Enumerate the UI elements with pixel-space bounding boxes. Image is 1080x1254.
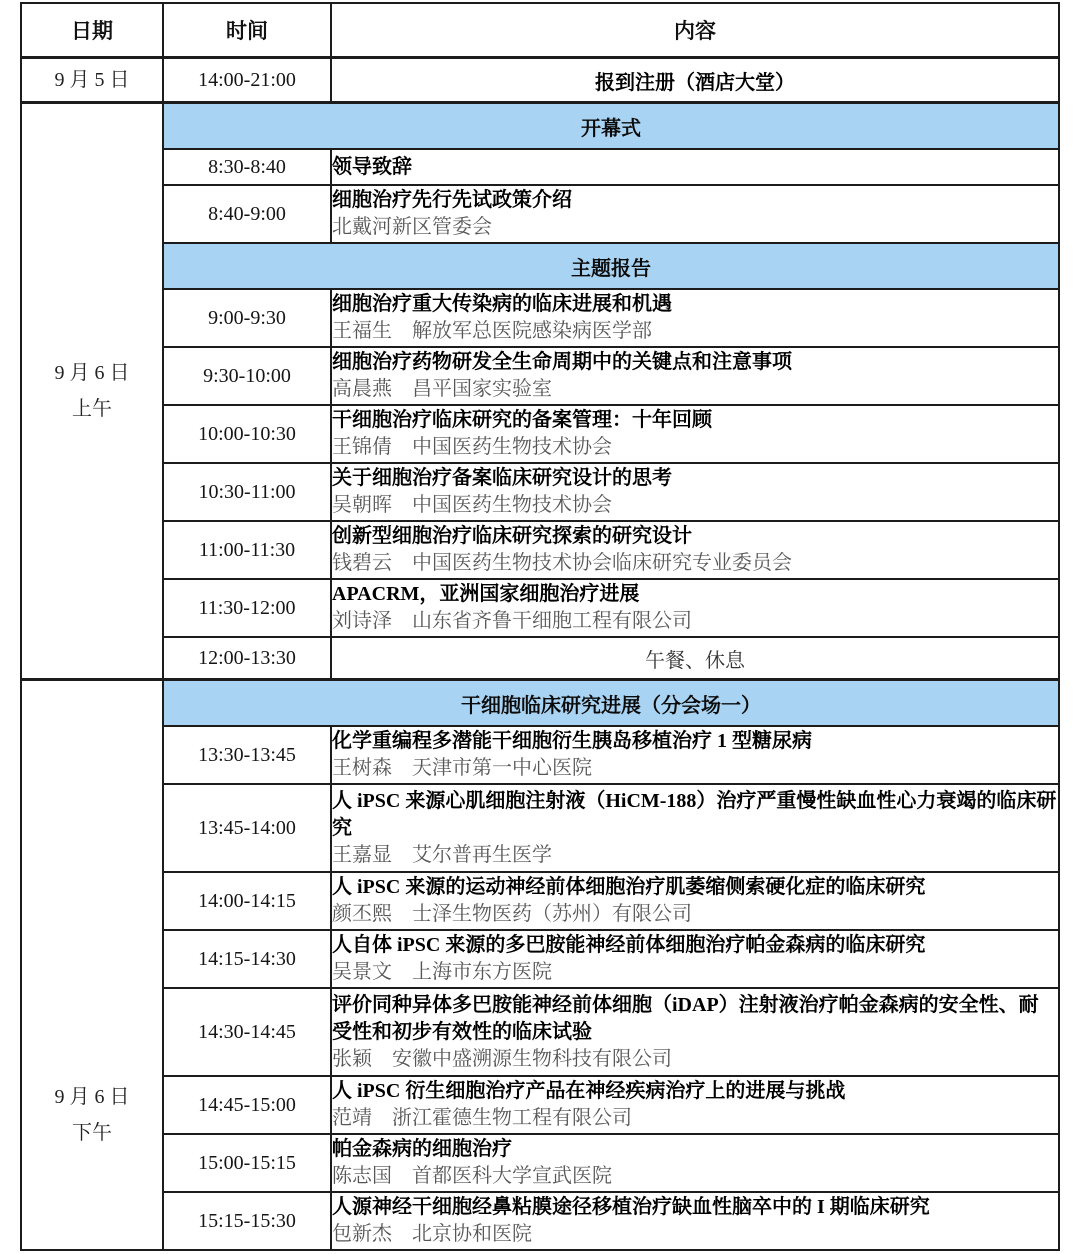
session-row: 13:30-13:45 化学重编程多潜能干细胞衍生胰岛移植治疗 1 型糖尿病 王… [21, 726, 1059, 784]
session-speaker: 王福生 解放军总医院感染病医学部 [332, 318, 1058, 345]
session-row: 14:30-14:45 评价同种异体多巴胺能神经前体细胞（iDAP）注射液治疗帕… [21, 988, 1059, 1076]
session-title: 帕金森病的细胞治疗 [332, 1136, 1058, 1163]
session-content: 人 iPSC 来源心肌细胞注射液（HiCM-188）治疗严重慢性缺血性心力衰竭的… [331, 784, 1059, 872]
session-row: 14:00-14:15 人 iPSC 来源的运动神经前体细胞治疗肌萎缩侧索硬化症… [21, 872, 1059, 930]
session-content: 人源神经干细胞经鼻粘膜途径移植治疗缺血性脑卒中的 I 期临床研究 包新杰 北京协… [331, 1192, 1059, 1250]
session-speaker: 王锦倩 中国医药生物技术协会 [332, 434, 1058, 461]
session-title: 人自体 iPSC 来源的多巴胺能神经前体细胞治疗帕金森病的临床研究 [332, 932, 1058, 959]
session-content: 细胞治疗先行先试政策介绍 北戴河新区管委会 [331, 185, 1059, 243]
session-time: 8:30-8:40 [163, 149, 331, 185]
session-content: APACRM，亚洲国家细胞治疗进展 刘诗泽 山东省齐鲁干细胞工程有限公司 [331, 579, 1059, 637]
session-content: 细胞治疗药物研发全生命周期中的关键点和注意事项 高晨燕 昌平国家实验室 [331, 347, 1059, 405]
session-time: 13:45-14:00 [163, 784, 331, 872]
session-content: 人 iPSC 衍生细胞治疗产品在神经疾病治疗上的进展与挑战 范靖 浙江霍德生物工… [331, 1076, 1059, 1134]
session-content: 化学重编程多潜能干细胞衍生胰岛移植治疗 1 型糖尿病 王树森 天津市第一中心医院 [331, 726, 1059, 784]
session-speaker: 颜丕熙 士泽生物医药（苏州）有限公司 [332, 901, 1058, 928]
session-title: 干细胞治疗临床研究的备案管理：十年回顾 [332, 407, 1058, 434]
banner-stem-cell-session: 干细胞临床研究进展（分会场一） [163, 680, 1059, 727]
row-banner-afternoon: 9 月 6 日 下午 干细胞临床研究进展（分会场一） [21, 680, 1059, 727]
session-title: 人 iPSC 来源心肌细胞注射液（HiCM-188）治疗严重慢性缺血性心力衰竭的… [332, 788, 1058, 842]
session-speaker: 张颖 安徽中盛溯源生物科技有限公司 [332, 1046, 1058, 1073]
date-line2: 下午 [22, 1115, 162, 1151]
session-time: 14:00-14:15 [163, 872, 331, 930]
session-time: 11:30-12:00 [163, 579, 331, 637]
session-row: 13:45-14:00 人 iPSC 来源心肌细胞注射液（HiCM-188）治疗… [21, 784, 1059, 872]
session-speaker: 陈志国 首都医科大学宣武医院 [332, 1163, 1058, 1190]
session-row: 15:00-15:15 帕金森病的细胞治疗 陈志国 首都医科大学宣武医院 [21, 1134, 1059, 1192]
session-title: 细胞治疗重大传染病的临床进展和机遇 [332, 291, 1058, 318]
session-time: 14:30-14:45 [163, 988, 331, 1076]
registration-title: 报到注册（酒店大堂） [331, 58, 1059, 103]
session-title: 关于细胞治疗备案临床研究设计的思考 [332, 465, 1058, 492]
session-time: 14:15-14:30 [163, 930, 331, 988]
table-header-row: 日期 时间 内容 [21, 3, 1059, 58]
session-speaker: 王嘉显 艾尔普再生医学 [332, 842, 1058, 869]
session-title: 化学重编程多潜能干细胞衍生胰岛移植治疗 1 型糖尿病 [332, 728, 1058, 755]
session-speaker: 吴朝晖 中国医药生物技术协会 [332, 492, 1058, 519]
session-row: 11:00-11:30 创新型细胞治疗临床研究探索的研究设计 钱碧云 中国医药生… [21, 521, 1059, 579]
date-sep6-afternoon: 9 月 6 日 下午 [21, 680, 163, 1251]
date-line2: 上午 [22, 391, 162, 427]
session-time: 9:00-9:30 [163, 289, 331, 347]
session-title: 人 iPSC 衍生细胞治疗产品在神经疾病治疗上的进展与挑战 [332, 1078, 1058, 1105]
session-time: 15:00-15:15 [163, 1134, 331, 1192]
session-content: 领导致辞 [331, 149, 1059, 185]
session-content: 评价同种异体多巴胺能神经前体细胞（iDAP）注射液治疗帕金森病的安全性、耐受性和… [331, 988, 1059, 1076]
header-date: 日期 [21, 3, 163, 58]
date-sep6-morning: 9 月 6 日 上午 [21, 103, 163, 680]
date-line1: 9 月 6 日 [22, 1079, 162, 1115]
session-row: 8:30-8:40 领导致辞 [21, 149, 1059, 185]
row-banner-opening: 9 月 6 日 上午 开幕式 [21, 103, 1059, 150]
session-time: 8:40-9:00 [163, 185, 331, 243]
session-content: 人自体 iPSC 来源的多巴胺能神经前体细胞治疗帕金森病的临床研究 吴景文 上海… [331, 930, 1059, 988]
session-content: 干细胞治疗临床研究的备案管理：十年回顾 王锦倩 中国医药生物技术协会 [331, 405, 1059, 463]
session-time: 15:15-15:30 [163, 1192, 331, 1250]
session-row: 10:00-10:30 干细胞治疗临床研究的备案管理：十年回顾 王锦倩 中国医药… [21, 405, 1059, 463]
session-row: 14:15-14:30 人自体 iPSC 来源的多巴胺能神经前体细胞治疗帕金森病… [21, 930, 1059, 988]
banner-keynote-report: 主题报告 [163, 243, 1059, 289]
session-speaker: 王树森 天津市第一中心医院 [332, 755, 1058, 782]
session-speaker: 刘诗泽 山东省齐鲁干细胞工程有限公司 [332, 608, 1058, 635]
banner-opening-ceremony: 开幕式 [163, 103, 1059, 150]
session-title: APACRM，亚洲国家细胞治疗进展 [332, 581, 1058, 608]
session-time: 11:00-11:30 [163, 521, 331, 579]
session-content: 创新型细胞治疗临床研究探索的研究设计 钱碧云 中国医药生物技术协会临床研究专业委… [331, 521, 1059, 579]
session-row: 10:30-11:00 关于细胞治疗备案临床研究设计的思考 吴朝晖 中国医药生物… [21, 463, 1059, 521]
session-title: 评价同种异体多巴胺能神经前体细胞（iDAP）注射液治疗帕金森病的安全性、耐受性和… [332, 992, 1058, 1046]
session-row: 14:45-15:00 人 iPSC 衍生细胞治疗产品在神经疾病治疗上的进展与挑… [21, 1076, 1059, 1134]
session-time: 9:30-10:00 [163, 347, 331, 405]
session-speaker: 包新杰 北京协和医院 [332, 1221, 1058, 1248]
registration-time: 14:00-21:00 [163, 58, 331, 103]
session-title: 细胞治疗药物研发全生命周期中的关键点和注意事项 [332, 349, 1058, 376]
session-content: 关于细胞治疗备案临床研究设计的思考 吴朝晖 中国医药生物技术协会 [331, 463, 1059, 521]
row-lunch: 12:00-13:30 午餐、休息 [21, 637, 1059, 680]
lunch-label: 午餐、休息 [331, 637, 1059, 680]
session-row: 9:00-9:30 细胞治疗重大传染病的临床进展和机遇 王福生 解放军总医院感染… [21, 289, 1059, 347]
row-registration: 9 月 5 日 14:00-21:00 报到注册（酒店大堂） [21, 58, 1059, 103]
session-row: 9:30-10:00 细胞治疗药物研发全生命周期中的关键点和注意事项 高晨燕 昌… [21, 347, 1059, 405]
conference-schedule-table: 日期 时间 内容 9 月 5 日 14:00-21:00 报到注册（酒店大堂） … [20, 2, 1060, 1251]
session-time: 14:45-15:00 [163, 1076, 331, 1134]
header-content: 内容 [331, 3, 1059, 58]
date-sep5: 9 月 5 日 [21, 58, 163, 103]
session-content: 帕金森病的细胞治疗 陈志国 首都医科大学宣武医院 [331, 1134, 1059, 1192]
session-time: 10:30-11:00 [163, 463, 331, 521]
session-speaker: 钱碧云 中国医药生物技术协会临床研究专业委员会 [332, 550, 1058, 577]
session-title: 领导致辞 [332, 154, 1058, 181]
session-speaker: 吴景文 上海市东方医院 [332, 959, 1058, 986]
session-speaker: 高晨燕 昌平国家实验室 [332, 376, 1058, 403]
session-content: 人 iPSC 来源的运动神经前体细胞治疗肌萎缩侧索硬化症的临床研究 颜丕熙 士泽… [331, 872, 1059, 930]
session-speaker: 范靖 浙江霍德生物工程有限公司 [332, 1105, 1058, 1132]
row-banner-keynote: 主题报告 [21, 243, 1059, 289]
header-time: 时间 [163, 3, 331, 58]
session-time: 10:00-10:30 [163, 405, 331, 463]
session-title: 创新型细胞治疗临床研究探索的研究设计 [332, 523, 1058, 550]
session-content: 细胞治疗重大传染病的临床进展和机遇 王福生 解放军总医院感染病医学部 [331, 289, 1059, 347]
lunch-time: 12:00-13:30 [163, 637, 331, 680]
session-title: 人源神经干细胞经鼻粘膜途径移植治疗缺血性脑卒中的 I 期临床研究 [332, 1194, 1058, 1221]
session-title: 细胞治疗先行先试政策介绍 [332, 187, 1058, 214]
session-row: 11:30-12:00 APACRM，亚洲国家细胞治疗进展 刘诗泽 山东省齐鲁干… [21, 579, 1059, 637]
session-speaker: 北戴河新区管委会 [332, 214, 1058, 241]
date-line1: 9 月 6 日 [22, 355, 162, 391]
session-row: 15:15-15:30 人源神经干细胞经鼻粘膜途径移植治疗缺血性脑卒中的 I 期… [21, 1192, 1059, 1250]
session-title: 人 iPSC 来源的运动神经前体细胞治疗肌萎缩侧索硬化症的临床研究 [332, 874, 1058, 901]
session-row: 8:40-9:00 细胞治疗先行先试政策介绍 北戴河新区管委会 [21, 185, 1059, 243]
session-time: 13:30-13:45 [163, 726, 331, 784]
